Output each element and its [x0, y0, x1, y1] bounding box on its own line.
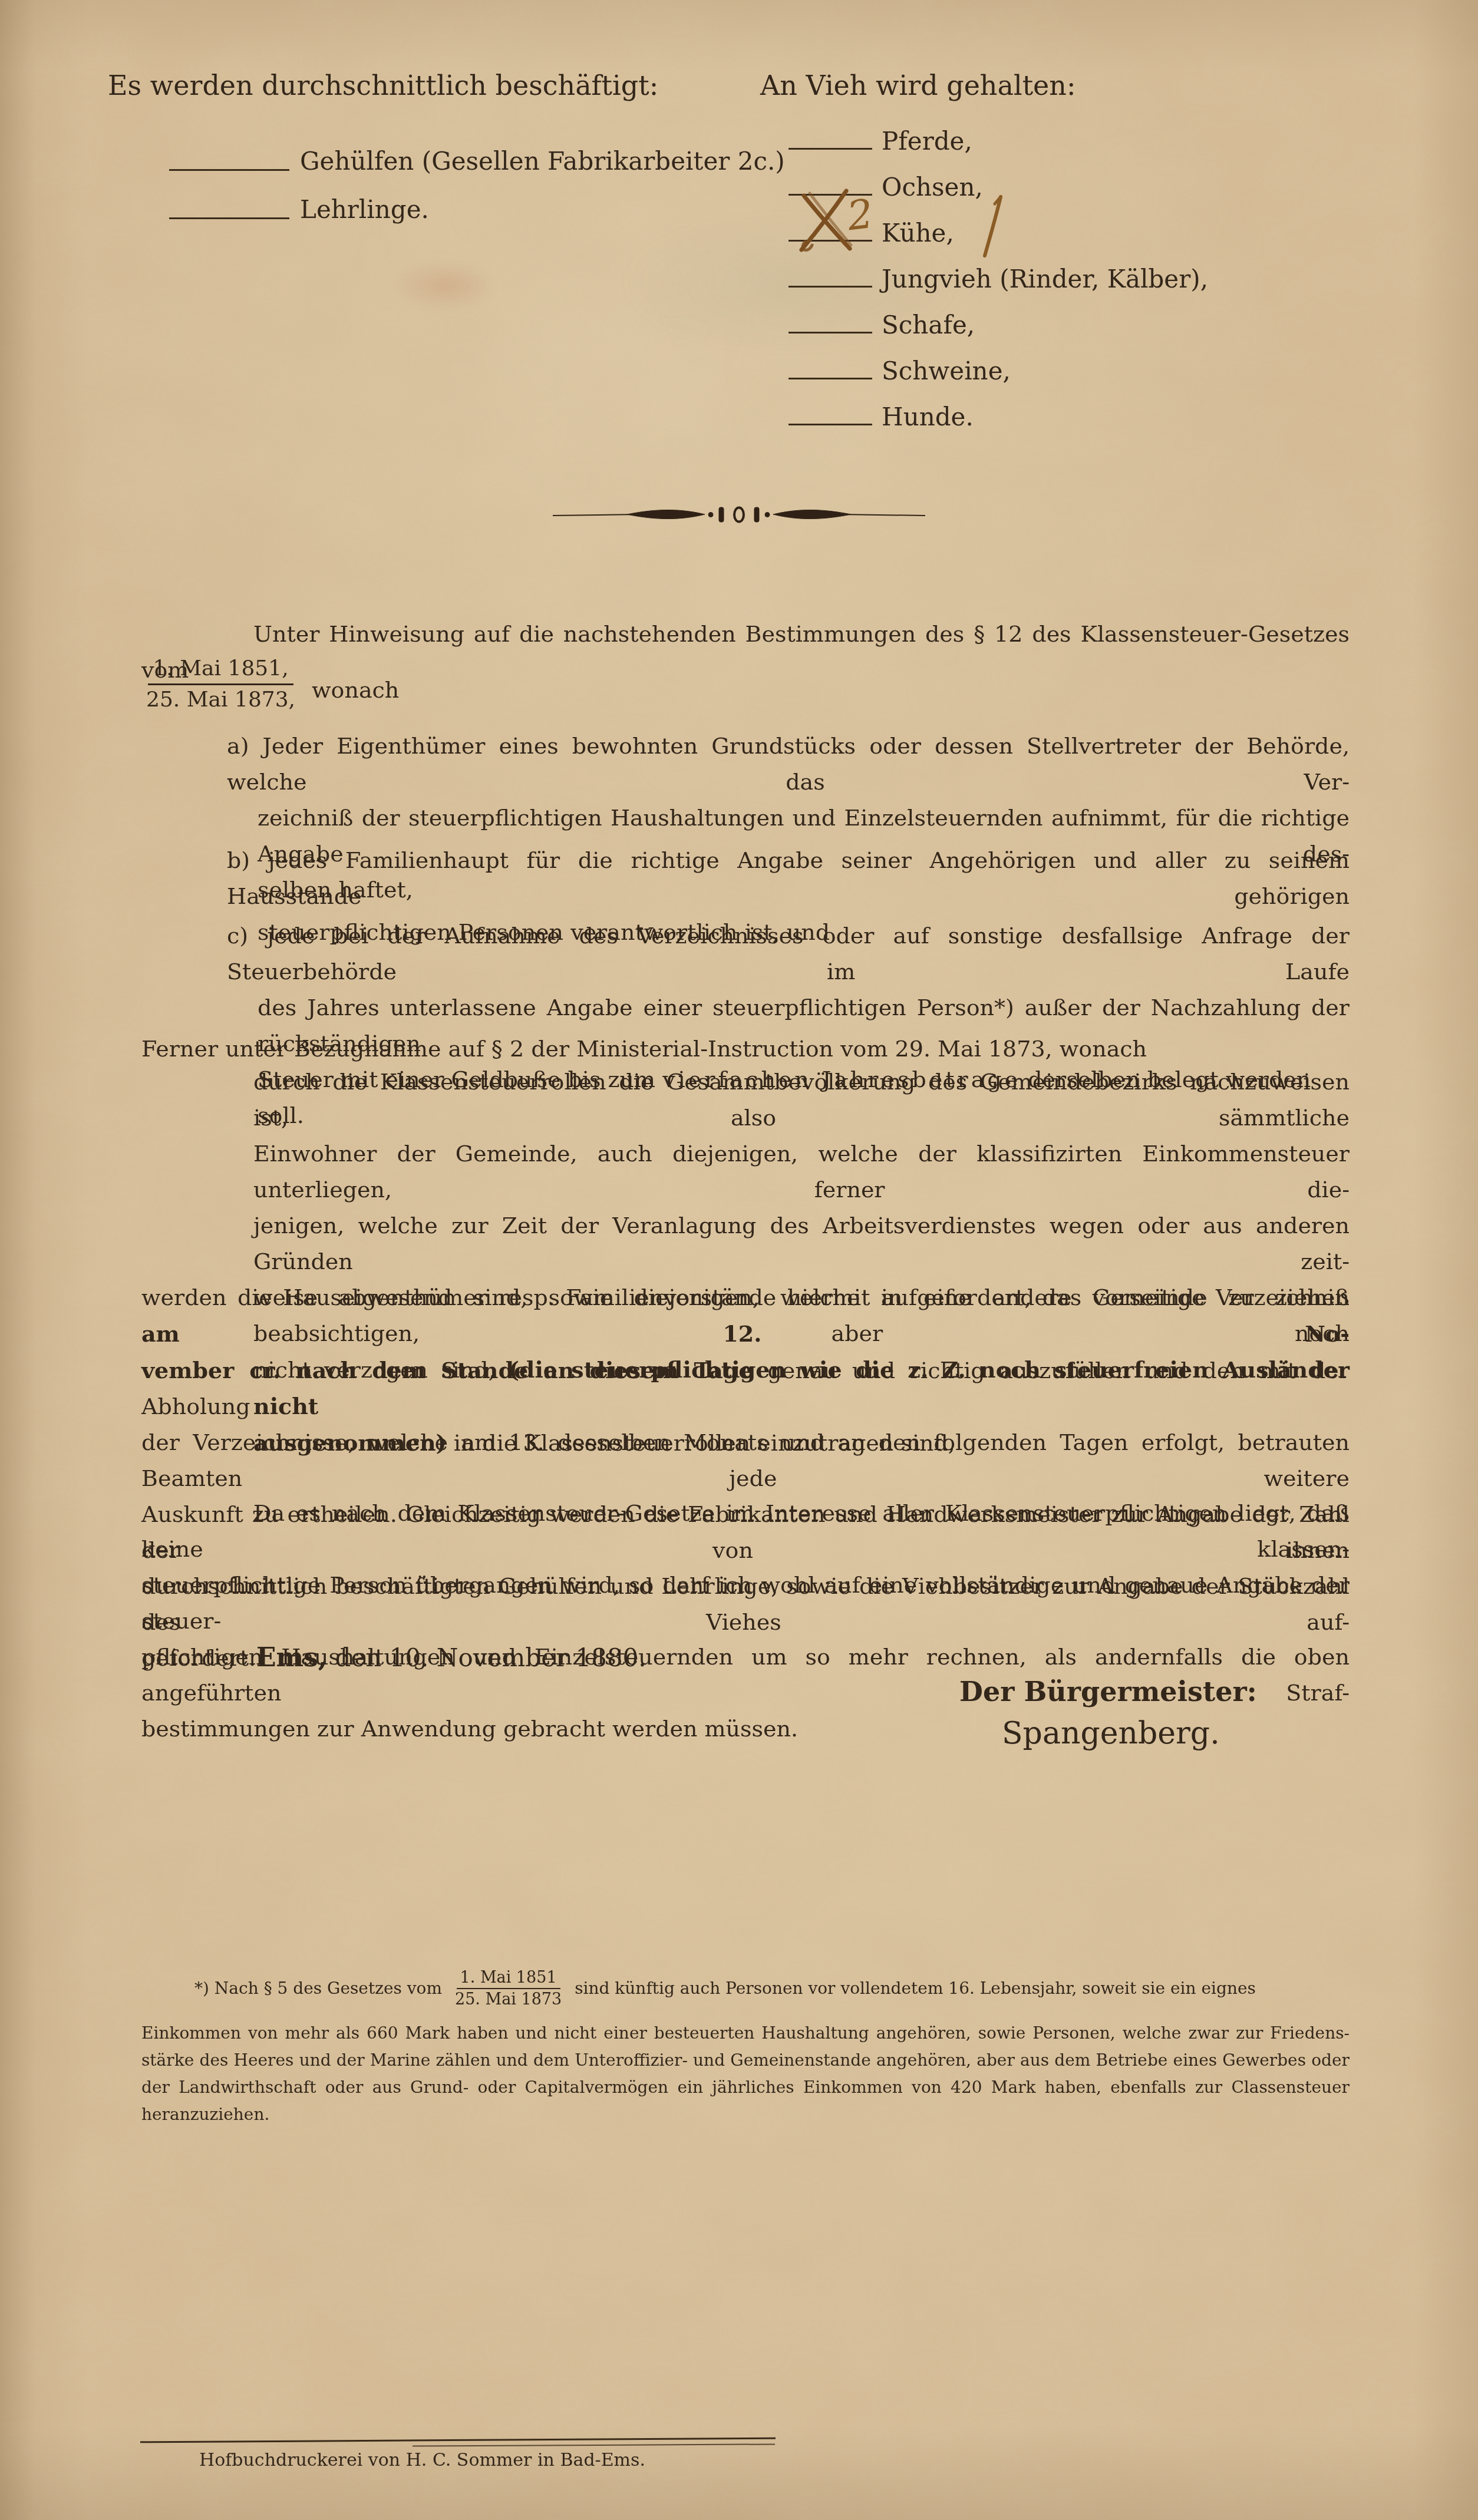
livestock-label: Ochsen,: [882, 173, 983, 202]
page: Es werden durchschnittlich beschäftigt: …: [0, 0, 1478, 2520]
place-date-line: Ems, den 10. November 1880.: [256, 1643, 646, 1673]
text-line: Da es nach dem Klassensteuer-Gesetze im …: [141, 1495, 1350, 1567]
text-segment: Einkommen von mehr als 660 Mark haben un…: [141, 2023, 1350, 2043]
footnote-tail: sind künftig auch Personen vor vollendet…: [575, 1975, 1256, 2002]
wonach-label: wonach: [312, 677, 399, 703]
livestock-row: Kühe,: [789, 205, 1437, 251]
text-segment: b) jedes Familienhaupt für die richtige …: [227, 847, 1350, 909]
red-smudge-stain: [377, 253, 513, 318]
text-line: werden die Hauseigenthümer resp. Familie…: [141, 1280, 1350, 1352]
text-segment: jenigen, welche zur Zeit der Veranlagung…: [253, 1213, 1350, 1274]
text-segment: steuerpflichtige Person übergangen wird,…: [141, 1572, 1350, 1634]
livestock-row: Pferde,: [789, 113, 1437, 159]
handwritten-jungvieh-count: [979, 193, 1005, 259]
text-segment: der Verzeichnisse, welche am 13. desselb…: [141, 1429, 1350, 1491]
footnote-fraction-denominator: 25. Mai 1873: [451, 1989, 565, 2009]
livestock-label: Pferde,: [882, 127, 972, 156]
livestock-label: Kühe,: [882, 219, 954, 247]
fill-in-line[interactable]: [169, 169, 289, 171]
fill-in-line[interactable]: [789, 424, 872, 425]
printer-rule: [140, 2438, 776, 2443]
employment-label: Lehrlinge.: [300, 195, 429, 224]
employment-row: Lehrlinge.: [169, 179, 817, 227]
text-segment: vember cr. nach dem Stande an diesem Tag…: [141, 1357, 753, 1383]
text-line: c) jede bei der Aufnahme des Verzeichnis…: [227, 918, 1350, 990]
livestock-row: Ochsen,: [789, 159, 1437, 205]
text-segment: c) jede bei der Aufnahme des Verzeichnis…: [227, 923, 1350, 985]
text-line: steuerpflichtige Person übergangen wird,…: [141, 1567, 1350, 1639]
printer-rule-secondary: [413, 2443, 775, 2446]
ornamental-divider: [550, 502, 928, 528]
footnote-text: Einkommen von mehr als 660 Mark haben un…: [141, 2020, 1350, 2128]
signature-title: Der Bürgermeister:: [959, 1676, 1257, 1707]
fill-in-line[interactable]: [789, 286, 872, 288]
livestock-label: Schafe,: [882, 311, 975, 339]
livestock-row: Hunde.: [789, 389, 1437, 435]
fill-in-line[interactable]: [789, 378, 872, 379]
livestock-row: Jungvieh (Rinder, Kälber),: [789, 251, 1437, 297]
livestock-label: Schweine,: [882, 356, 1011, 385]
text-segment: Einwohner der Gemeinde, auch diejenigen,…: [253, 1141, 1350, 1203]
text-segment: am 12. No-: [141, 1320, 1350, 1347]
fraction-denominator: 25. Mai 1873,: [141, 685, 300, 714]
text-line: der Verzeichnisse, welche am 13. desselb…: [141, 1425, 1350, 1497]
fill-in-line[interactable]: [789, 148, 872, 150]
livestock-label: Hunde.: [882, 402, 974, 431]
employment-row: Gehülfen (Gesellen Fabrikarbeiter 2c.): [169, 131, 817, 179]
employment-label: Gehülfen (Gesellen Fabrikarbeiter 2c.): [300, 147, 785, 176]
livestock-rows: Pferde, Ochsen, Kühe, Jungvieh (Rinder, …: [789, 113, 1437, 435]
footnote-fraction-numerator: 1. Mai 1851: [457, 1968, 560, 1989]
text-line: b) jedes Familienhaupt für die richtige …: [227, 843, 1350, 914]
livestock-row: Schafe,: [789, 297, 1437, 343]
place-name: Ems,: [256, 1643, 327, 1673]
text-segment: a) Jeder Eigenthümer eines bewohnten Gru…: [227, 733, 1350, 795]
fill-in-line[interactable]: [169, 217, 289, 219]
text-segment: werden die Hauseigenthümer resp. Familie…: [141, 1284, 1350, 1310]
livestock-heading: An Vieh wird gehalten:: [760, 70, 1075, 101]
livestock-row: Schweine,: [789, 343, 1437, 389]
text-segment: der Landwirthschaft oder aus Grund- oder…: [141, 2078, 1350, 2124]
signature-name: Spangenberg.: [1002, 1716, 1220, 1751]
text-line: vember cr. nach dem Stande an diesem Tag…: [141, 1352, 1350, 1425]
footnote-fraction: 1. Mai 1851 25. Mai 1873: [451, 1968, 565, 2009]
text-segment: Da es nach dem Klassensteuer-Gesetze im …: [141, 1500, 1350, 1562]
text-line: stärke des Heeres und der Marine zählen …: [141, 2047, 1350, 2074]
text-line: Ferner unter Bezugnahme auf § 2 der Mini…: [141, 1031, 1350, 1067]
text-line: Einkommen von mehr als 660 Mark haben un…: [141, 2020, 1350, 2047]
text-segment: Ferner unter Bezugnahme auf § 2 der Mini…: [141, 1036, 1147, 1062]
livestock-label: Jungvieh (Rinder, Kälber),: [882, 265, 1208, 293]
footnote-lead: *) Nach § 5 des Gesetzes vom: [194, 1975, 442, 2002]
text-segment: stärke des Heeres und der Marine zählen …: [141, 2050, 1350, 2070]
text-line: durch die Klassensteuerrollen die Gesamm…: [253, 1064, 1350, 1136]
text-line: jenigen, welche zur Zeit der Veranlagung…: [253, 1208, 1350, 1280]
employment-heading: Es werden durchschnittlich beschäftigt:: [108, 70, 658, 101]
fraction-numerator: 1. Mai 1851,: [148, 655, 293, 685]
date-text: den 10. November 1880.: [327, 1643, 646, 1672]
closing-paragraph: Da es nach dem Klassensteuer-Gesetze im …: [141, 1495, 1350, 1747]
text-segment: bestimmungen zur Anwendung gebracht werd…: [141, 1716, 798, 1742]
printer-imprint: Hofbuchdruckerei von H. C. Sommer in Bad…: [199, 2450, 645, 2471]
footnote-first-line: *) Nach § 5 des Gesetzes vom 1. Mai 1851…: [194, 1968, 1256, 2009]
fill-in-line[interactable]: [789, 332, 872, 333]
ferner-clause: Ferner unter Bezugnahme auf § 2 der Mini…: [141, 1031, 1350, 1067]
text-line: a) Jeder Eigenthümer eines bewohnten Gru…: [227, 728, 1350, 800]
text-line: der Landwirthschaft oder aus Grund- oder…: [141, 2074, 1350, 2128]
law-dates-fraction: 1. Mai 1851, 25. Mai 1873, wonach: [141, 655, 399, 714]
text-line: Einwohner der Gemeinde, auch diejenigen,…: [253, 1136, 1350, 1208]
text-segment: durch die Klassensteuerrollen die Gesamm…: [253, 1069, 1350, 1131]
employment-rows: Gehülfen (Gesellen Fabrikarbeiter 2c.) L…: [169, 131, 817, 227]
